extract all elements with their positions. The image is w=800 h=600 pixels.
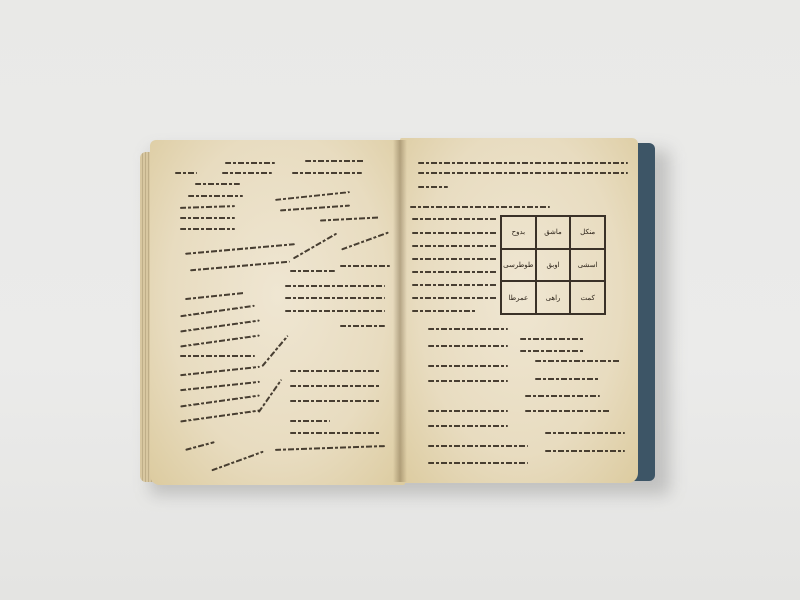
grid-cell: بدوح — [501, 216, 536, 249]
magic-square-grid: بدوح ماشق منكل طوطرسى اوبق اسشى عمرطا را… — [500, 215, 606, 315]
book-gutter — [393, 140, 407, 482]
grid-cell: منكل — [570, 216, 605, 249]
grid-cell: طوطرسى — [501, 249, 536, 282]
grid-cell: ماشق — [536, 216, 571, 249]
grid-cell: عمرطا — [501, 281, 536, 314]
grid-cell: اسشى — [570, 249, 605, 282]
grid-cell: اوبق — [536, 249, 571, 282]
grid-cell: راهى — [536, 281, 571, 314]
grid-cell: كمت — [570, 281, 605, 314]
